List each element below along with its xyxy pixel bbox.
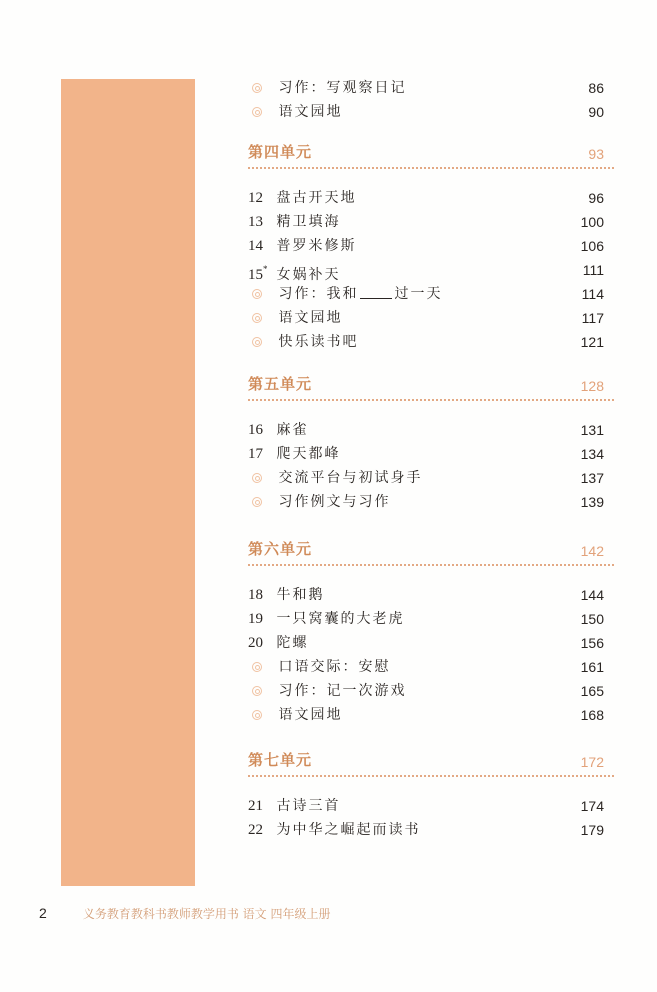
entry-page: 137 (581, 466, 604, 490)
page-number: 2 (39, 905, 79, 921)
entry-title: 古诗三首 (276, 794, 340, 818)
lesson-number: 12 (248, 186, 270, 210)
entry-page: 161 (581, 655, 604, 679)
lesson-number: 14 (248, 234, 270, 258)
entry-page: 150 (581, 607, 604, 631)
entry-title: 陀螺 (276, 631, 308, 655)
entry-title: 交流平台与初试身手 (278, 466, 422, 490)
entry-page: 106 (581, 234, 604, 258)
unit-heading[interactable]: 第四单元 93 (248, 137, 614, 167)
lesson-number: 13 (248, 210, 270, 234)
optional-lesson-star: * (263, 264, 268, 274)
lesson-number: 20 (248, 631, 270, 655)
unit-title: 第五单元 (248, 375, 312, 393)
entry-title: 盘古开天地 (276, 186, 356, 210)
toc-entry[interactable]: 习作：写观察日记 86 (248, 76, 614, 100)
lesson-number: 16 (248, 418, 270, 442)
dotted-divider (248, 775, 614, 777)
dotted-divider (248, 564, 614, 566)
double-circle-icon (252, 710, 262, 720)
entry-title: 语文园地 (278, 100, 342, 124)
entry-page: 174 (581, 794, 604, 818)
lesson-number: 18 (248, 583, 270, 607)
lesson-number: 22 (248, 818, 270, 842)
toc-entry[interactable]: 19 一只窝囊的大老虎 150 (248, 607, 614, 631)
double-circle-icon (252, 107, 262, 117)
unit-page: 93 (588, 139, 604, 169)
entry-page: 131 (581, 418, 604, 442)
toc-entry[interactable]: 16 麻雀 131 (248, 418, 614, 442)
toc-entry[interactable]: 语文园地 90 (248, 100, 614, 124)
toc-entry[interactable]: 13 精卫填海 100 (248, 210, 614, 234)
page-footer: 2 义务教育教科书教师教学用书 语文 四年级上册 (39, 905, 330, 922)
double-circle-icon (252, 337, 262, 347)
toc-entry[interactable]: 17 爬天都峰 134 (248, 442, 614, 466)
entry-title: 习作：写观察日记 (278, 76, 406, 100)
entry-page: 168 (581, 703, 604, 727)
entry-page: 156 (581, 631, 604, 655)
decorative-side-bar (61, 79, 195, 886)
entry-page: 100 (581, 210, 604, 234)
unit-heading[interactable]: 第五单元 128 (248, 369, 614, 399)
toc-entry[interactable]: 20 陀螺 156 (248, 631, 614, 655)
entry-page: 86 (588, 76, 604, 100)
entry-title: 习作例文与习作 (278, 490, 390, 514)
double-circle-icon (252, 289, 262, 299)
entry-page: 117 (582, 306, 604, 330)
entry-title: 牛和鹅 (276, 583, 324, 607)
entry-page: 134 (581, 442, 604, 466)
entry-title: 一只窝囊的大老虎 (276, 607, 404, 631)
title-part: 过一天 (394, 286, 442, 302)
toc-entry[interactable]: 语文园地 117 (248, 306, 614, 330)
entry-page: 165 (581, 679, 604, 703)
book-title: 义务教育教科书教师教学用书 语文 四年级上册 (83, 907, 331, 921)
lesson-number: 19 (248, 607, 270, 631)
unit-title: 第四单元 (248, 143, 312, 161)
entry-page: 144 (581, 583, 604, 607)
unit-heading[interactable]: 第六单元 142 (248, 534, 614, 564)
lesson-number-value: 15 (248, 267, 263, 283)
entry-title: 习作：记一次游戏 (278, 679, 406, 703)
entry-title: 麻雀 (276, 418, 308, 442)
entry-title: 语文园地 (278, 306, 342, 330)
lesson-number: 17 (248, 442, 270, 466)
entry-title: 习作：我和过一天 (278, 282, 442, 306)
table-of-contents: 习作：写观察日记 86 语文园地 90 第四单元 93 12 盘古开天地 96 … (248, 76, 614, 842)
lesson-number: 21 (248, 794, 270, 818)
unit-heading[interactable]: 第七单元 172 (248, 745, 614, 775)
toc-entry[interactable]: 语文园地 168 (248, 703, 614, 727)
toc-entry[interactable]: 22 为中华之崛起而读书 179 (248, 818, 614, 842)
entry-page: 96 (588, 186, 604, 210)
fill-in-blank (360, 284, 392, 299)
unit-page: 142 (581, 536, 604, 566)
entry-page: 111 (583, 258, 604, 282)
entry-title: 为中华之崛起而读书 (276, 818, 420, 842)
double-circle-icon (252, 497, 262, 507)
toc-entry[interactable]: 习作：记一次游戏 165 (248, 679, 614, 703)
entry-title: 语文园地 (278, 703, 342, 727)
entry-title: 普罗米修斯 (276, 234, 356, 258)
unit-title: 第七单元 (248, 751, 312, 769)
toc-entry[interactable]: 习作：我和过一天 114 (248, 282, 614, 306)
entry-page: 90 (588, 100, 604, 124)
entry-page: 179 (581, 818, 604, 842)
entry-page: 121 (581, 330, 604, 354)
unit-page: 128 (581, 371, 604, 401)
double-circle-icon (252, 686, 262, 696)
entry-title: 爬天都峰 (276, 442, 340, 466)
dotted-divider (248, 167, 614, 169)
toc-entry[interactable]: 习作例文与习作 139 (248, 490, 614, 514)
toc-entry[interactable]: 18 牛和鹅 144 (248, 583, 614, 607)
double-circle-icon (252, 83, 262, 93)
entry-title: 精卫填海 (276, 210, 340, 234)
dotted-divider (248, 399, 614, 401)
unit-page: 172 (581, 747, 604, 777)
toc-entry[interactable]: 15* 女娲补天 111 (248, 258, 614, 282)
double-circle-icon (252, 473, 262, 483)
toc-entry[interactable]: 14 普罗米修斯 106 (248, 234, 614, 258)
toc-entry[interactable]: 交流平台与初试身手 137 (248, 466, 614, 490)
unit-title: 第六单元 (248, 540, 312, 558)
title-part: 习作：我和 (278, 286, 358, 302)
entry-title: 口语交际：安慰 (278, 655, 390, 679)
toc-entry[interactable]: 12 盘古开天地 96 (248, 186, 614, 210)
double-circle-icon (252, 313, 262, 323)
entry-title: 快乐读书吧 (278, 330, 358, 354)
double-circle-icon (252, 662, 262, 672)
toc-entry[interactable]: 口语交际：安慰 161 (248, 655, 614, 679)
entry-page: 139 (581, 490, 604, 514)
toc-entry[interactable]: 21 古诗三首 174 (248, 794, 614, 818)
toc-entry[interactable]: 快乐读书吧 121 (248, 330, 614, 354)
entry-page: 114 (582, 282, 604, 306)
